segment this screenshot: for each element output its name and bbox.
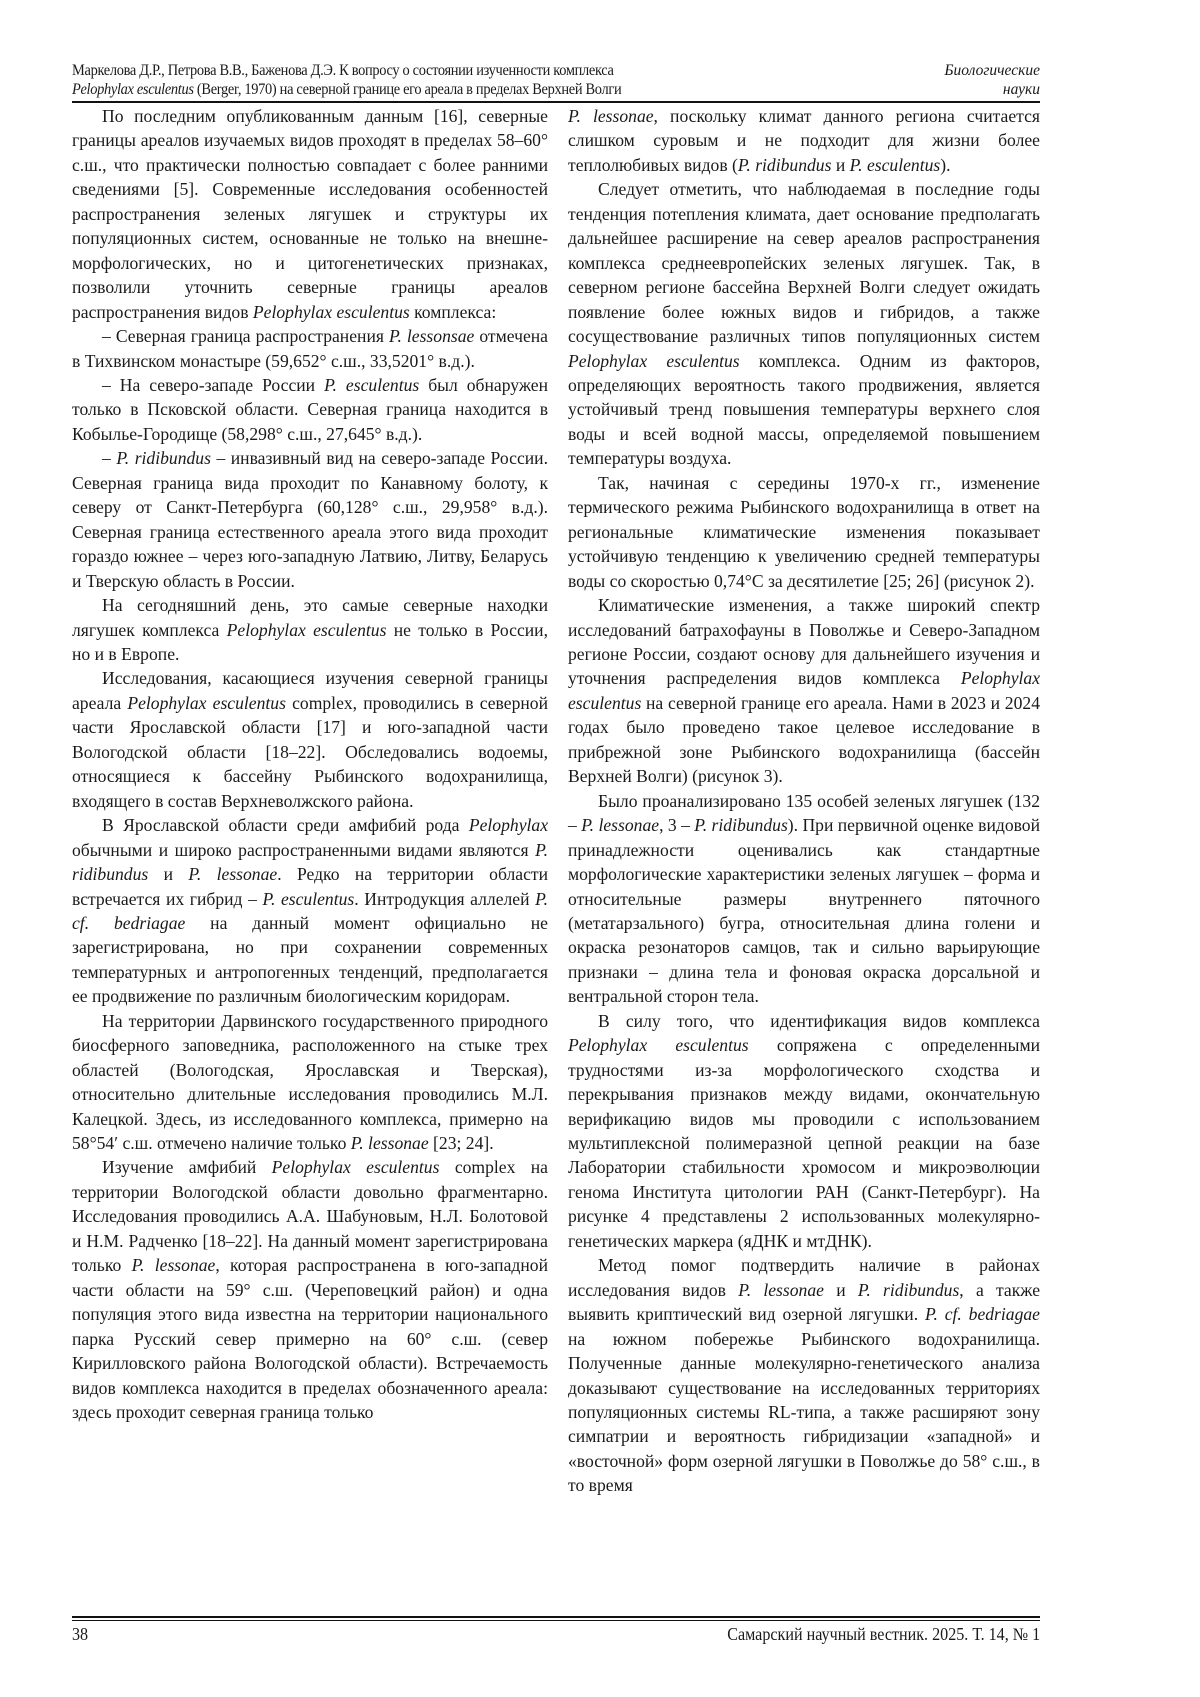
paragraph: – На северо-западе России P. esculentus …	[72, 373, 548, 446]
paragraph: На территории Дарвинского государственно…	[72, 1009, 548, 1156]
text-run: На территории Дарвинского государственно…	[72, 1011, 548, 1153]
species-name: Pelophylax	[469, 815, 548, 835]
text-run: сопряжена с определенными трудностями из…	[568, 1035, 1040, 1251]
text-run: [23; 24].	[429, 1133, 494, 1153]
species-name: P. esculentus	[263, 889, 355, 909]
species-name: P. cf. bedriagae	[925, 1304, 1040, 1324]
text-run: В силу того, что идентификация видов ком…	[598, 1011, 1040, 1031]
text-run: ).	[940, 155, 950, 175]
text-run: – Северная граница распространения	[102, 326, 389, 346]
species-name: P. lessonae	[132, 1255, 216, 1275]
species-name: Pelophylax esculentus	[568, 1035, 749, 1055]
species-name: P. ridibundus	[694, 815, 788, 835]
header-rule	[72, 101, 1040, 103]
species-name: P. esculentus	[324, 375, 419, 395]
species-name: Pelophylax esculentus	[272, 1157, 440, 1177]
header-citation-line2-rest: (Berger, 1970) на северной границе его а…	[194, 81, 622, 98]
header-citation-line2: Pelophylax esculentus (Berger, 1970) на …	[72, 80, 816, 99]
species-name: P. ridibundus	[738, 155, 832, 175]
text-run: , которая распространена в юго-западной …	[72, 1255, 548, 1422]
paragraph: В Ярославской области среди амфибий рода…	[72, 813, 548, 1009]
paragraph: Климатические изменения, а также широкий…	[568, 593, 1040, 789]
header-citation-line1: Маркелова Д.Р., Петрова В.В., Баженова Д…	[72, 61, 816, 80]
paragraph: По последним опубликованным данным [16],…	[72, 104, 548, 324]
right-column: P. lessonae, поскольку климат данного ре…	[568, 104, 1040, 1498]
paragraph: P. lessonae, поскольку климат данного ре…	[568, 104, 1040, 177]
header-section-line2: науки	[944, 80, 1040, 99]
species-name: P. lessonae	[738, 1280, 824, 1300]
species-name: P. lessonae	[568, 106, 654, 126]
text-run: . Интродукция аллелей	[354, 889, 535, 909]
paragraph: – Северная граница распространения P. le…	[72, 324, 548, 373]
text-run: – На северо-западе России	[102, 375, 324, 395]
text-run: , 3 –	[659, 815, 694, 835]
left-column: По последним опубликованным данным [16],…	[72, 104, 548, 1424]
journal-citation: Самарский научный вестник. 2025. Т. 14, …	[727, 1623, 1040, 1645]
text-run: Изучение амфибий	[102, 1157, 272, 1177]
text-run: и	[148, 864, 188, 884]
text-run: – инвазивный вид на северо-западе России…	[72, 448, 548, 590]
paragraph: Метод помог подтвердить наличие в района…	[568, 1253, 1040, 1498]
paragraph: Было проанализировано 135 особей зеленых…	[568, 789, 1040, 1009]
paragraph: Изучение амфибий Pelophylax esculentus c…	[72, 1155, 548, 1424]
text-run: По последним опубликованным данным [16],…	[72, 106, 548, 322]
paragraph: – P. ridibundus – инвазивный вид на севе…	[72, 446, 548, 593]
species-name: Pelophylax esculentus	[253, 302, 410, 322]
running-header: Маркелова Д.Р., Петрова В.В., Баженова Д…	[72, 61, 1040, 101]
header-section: Биологические науки	[944, 61, 1040, 99]
species-name: P. esculentus	[850, 155, 941, 175]
text-run: Следует отметить, что наблюдаемая в посл…	[568, 179, 1040, 346]
footer-rule-thin	[72, 1620, 1040, 1621]
paragraph: В силу того, что идентификация видов ком…	[568, 1009, 1040, 1254]
text-run: на южном побережье Рыбинского водохранил…	[568, 1329, 1040, 1496]
species-name: Pelophylax esculentus	[127, 693, 286, 713]
text-run: Так, начиная с середины 1970-х гг., изме…	[568, 473, 1040, 591]
text-run: комплекса:	[410, 302, 496, 322]
species-name: Pelophylax esculentus	[227, 620, 387, 640]
text-run: и	[824, 1280, 858, 1300]
species-name: Pelophylax esculentus	[568, 351, 740, 371]
paragraph: Так, начиная с середины 1970-х гг., изме…	[568, 471, 1040, 593]
page-number: 38	[72, 1623, 88, 1645]
species-name: P. lessonae	[581, 815, 659, 835]
header-section-line1: Биологические	[944, 61, 1040, 80]
species-name: P. lessonae	[188, 864, 277, 884]
text-run: В Ярославской области среди амфибий рода	[102, 815, 469, 835]
species-name: P. ridibundus	[116, 448, 211, 468]
header-citation: Маркелова Д.Р., Петрова В.В., Баженова Д…	[72, 61, 816, 99]
paragraph: Следует отметить, что наблюдаемая в посл…	[568, 177, 1040, 470]
header-species-name: Pelophylax esculentus	[72, 81, 194, 98]
paragraph: На сегодняшний день, это самые северные …	[72, 593, 548, 666]
journal-page: Маркелова Д.Р., Петрова В.В., Баженова Д…	[72, 0, 1040, 1697]
text-run: и	[831, 155, 849, 175]
species-name: P. ridibundus	[858, 1280, 959, 1300]
species-name: P. lessonsae	[389, 326, 474, 346]
text-run: –	[102, 448, 116, 468]
paragraph: Исследования, касающиеся изучения северн…	[72, 666, 548, 813]
text-run: обычными и широко распространенными вида…	[72, 840, 535, 860]
species-name: P. lessonae	[351, 1133, 429, 1153]
footer-rule	[72, 1616, 1040, 1618]
text-run: ). При первичной оценке видовой принадле…	[568, 815, 1040, 1006]
